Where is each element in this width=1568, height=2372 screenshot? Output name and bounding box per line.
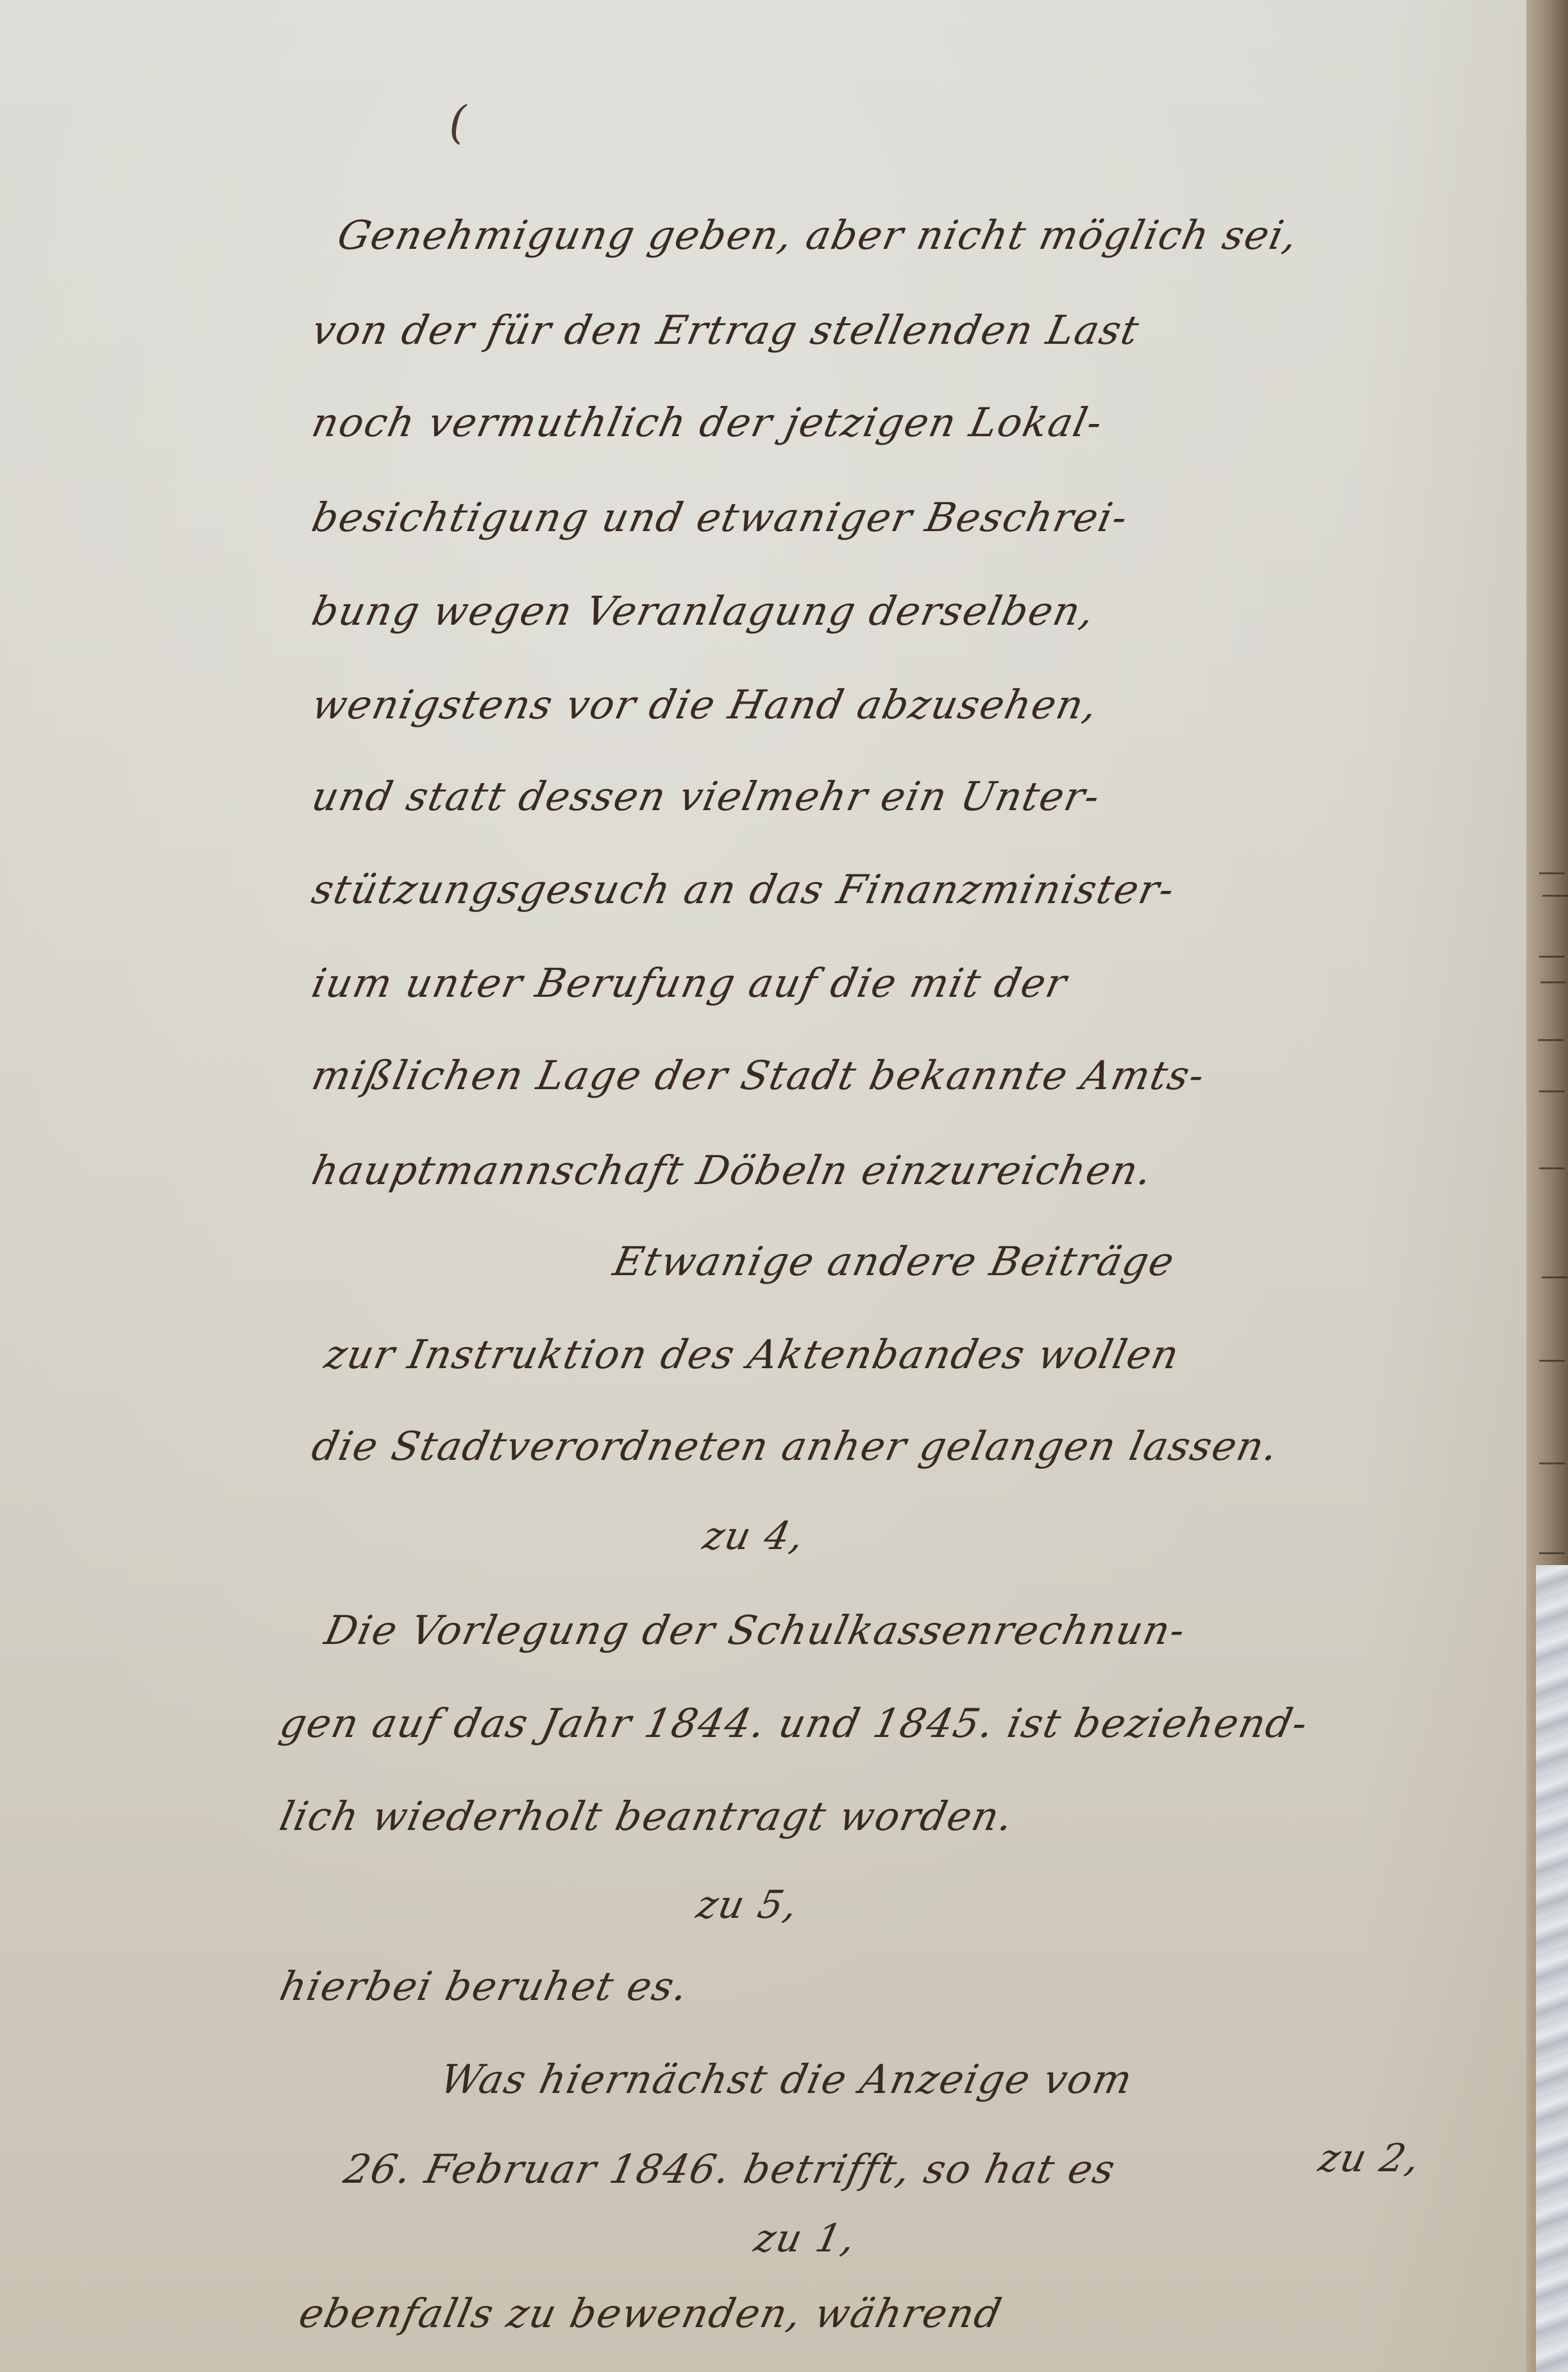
text-line: Die Vorlegung der Schulkassenrechnun- (321, 1607, 1190, 1654)
adjacent-page-script-mark (1539, 1552, 1565, 1554)
text-line: hauptmannschaft Döbeln einzureichen. (308, 1147, 1158, 1194)
text-line: mißlichen Lage der Stadt bekannte Amts- (308, 1052, 1210, 1099)
text-line: Was hiernächst die Anzeige vom (436, 2056, 1137, 2103)
adjacent-page-script-mark (1540, 981, 1566, 983)
text-line: bung wegen Veranlagung derselben, (308, 588, 1100, 634)
text-line: und statt dessen vielmehr ein Unter- (308, 773, 1105, 820)
adjacent-page-script-mark (1538, 1039, 1564, 1041)
text-line: ium unter Berufung auf die mit der (308, 960, 1072, 1006)
adjacent-page-script-mark (1539, 956, 1565, 958)
text-line: Etwanige andere Beiträge (609, 1238, 1179, 1285)
cloth-background (1536, 1565, 1568, 2372)
adjacent-page-script-mark (1539, 1167, 1565, 1169)
adjacent-page-script-mark (1542, 895, 1568, 897)
text-line: wenigstens vor die Hand abzusehen, (308, 681, 1103, 728)
adjacent-page-script-mark (1539, 872, 1565, 874)
adjacent-page-script-mark (1539, 1360, 1565, 1362)
text-line: gen auf das Jahr 1844. und 1845. ist bez… (276, 1700, 1313, 1747)
text-line: von der für den Ertrag stellenden Last (308, 307, 1144, 353)
text-line: ebenfalls zu bewenden, während (295, 2290, 1007, 2337)
text-line: 26. Februar 1846. betrifft, so hat es (340, 2146, 1120, 2192)
text-line: zur Instruktion des Aktenbandes wollen (321, 1331, 1184, 1378)
text-line: hierbei beruhet es. (276, 1963, 693, 2010)
text-line: noch vermuthlich der jetzigen Lokal- (308, 399, 1108, 446)
adjacent-page-script-mark (1539, 1462, 1565, 1464)
adjacent-page-script-mark (1539, 1090, 1565, 1092)
section-heading: zu 1, (750, 2216, 860, 2261)
section-heading: zu 5, (693, 1883, 802, 1927)
text-line: die Stadtverordneten anher gelangen lass… (308, 1423, 1283, 1470)
section-heading: zu 2, (1315, 2136, 1424, 2181)
section-heading: zu 4, (699, 1514, 809, 1559)
text-line: besichtigung und etwaniger Beschrei- (308, 494, 1133, 541)
text-line: stützungsgesuch an das Finanzminister- (308, 866, 1179, 913)
text-line: lich wiederholt beantragt worden. (276, 1793, 1018, 1840)
top-mark: ( (449, 96, 466, 149)
adjacent-page-script-mark (1542, 1276, 1567, 1278)
text-line: Genehmigung geben, aber nicht möglich se… (333, 212, 1303, 258)
